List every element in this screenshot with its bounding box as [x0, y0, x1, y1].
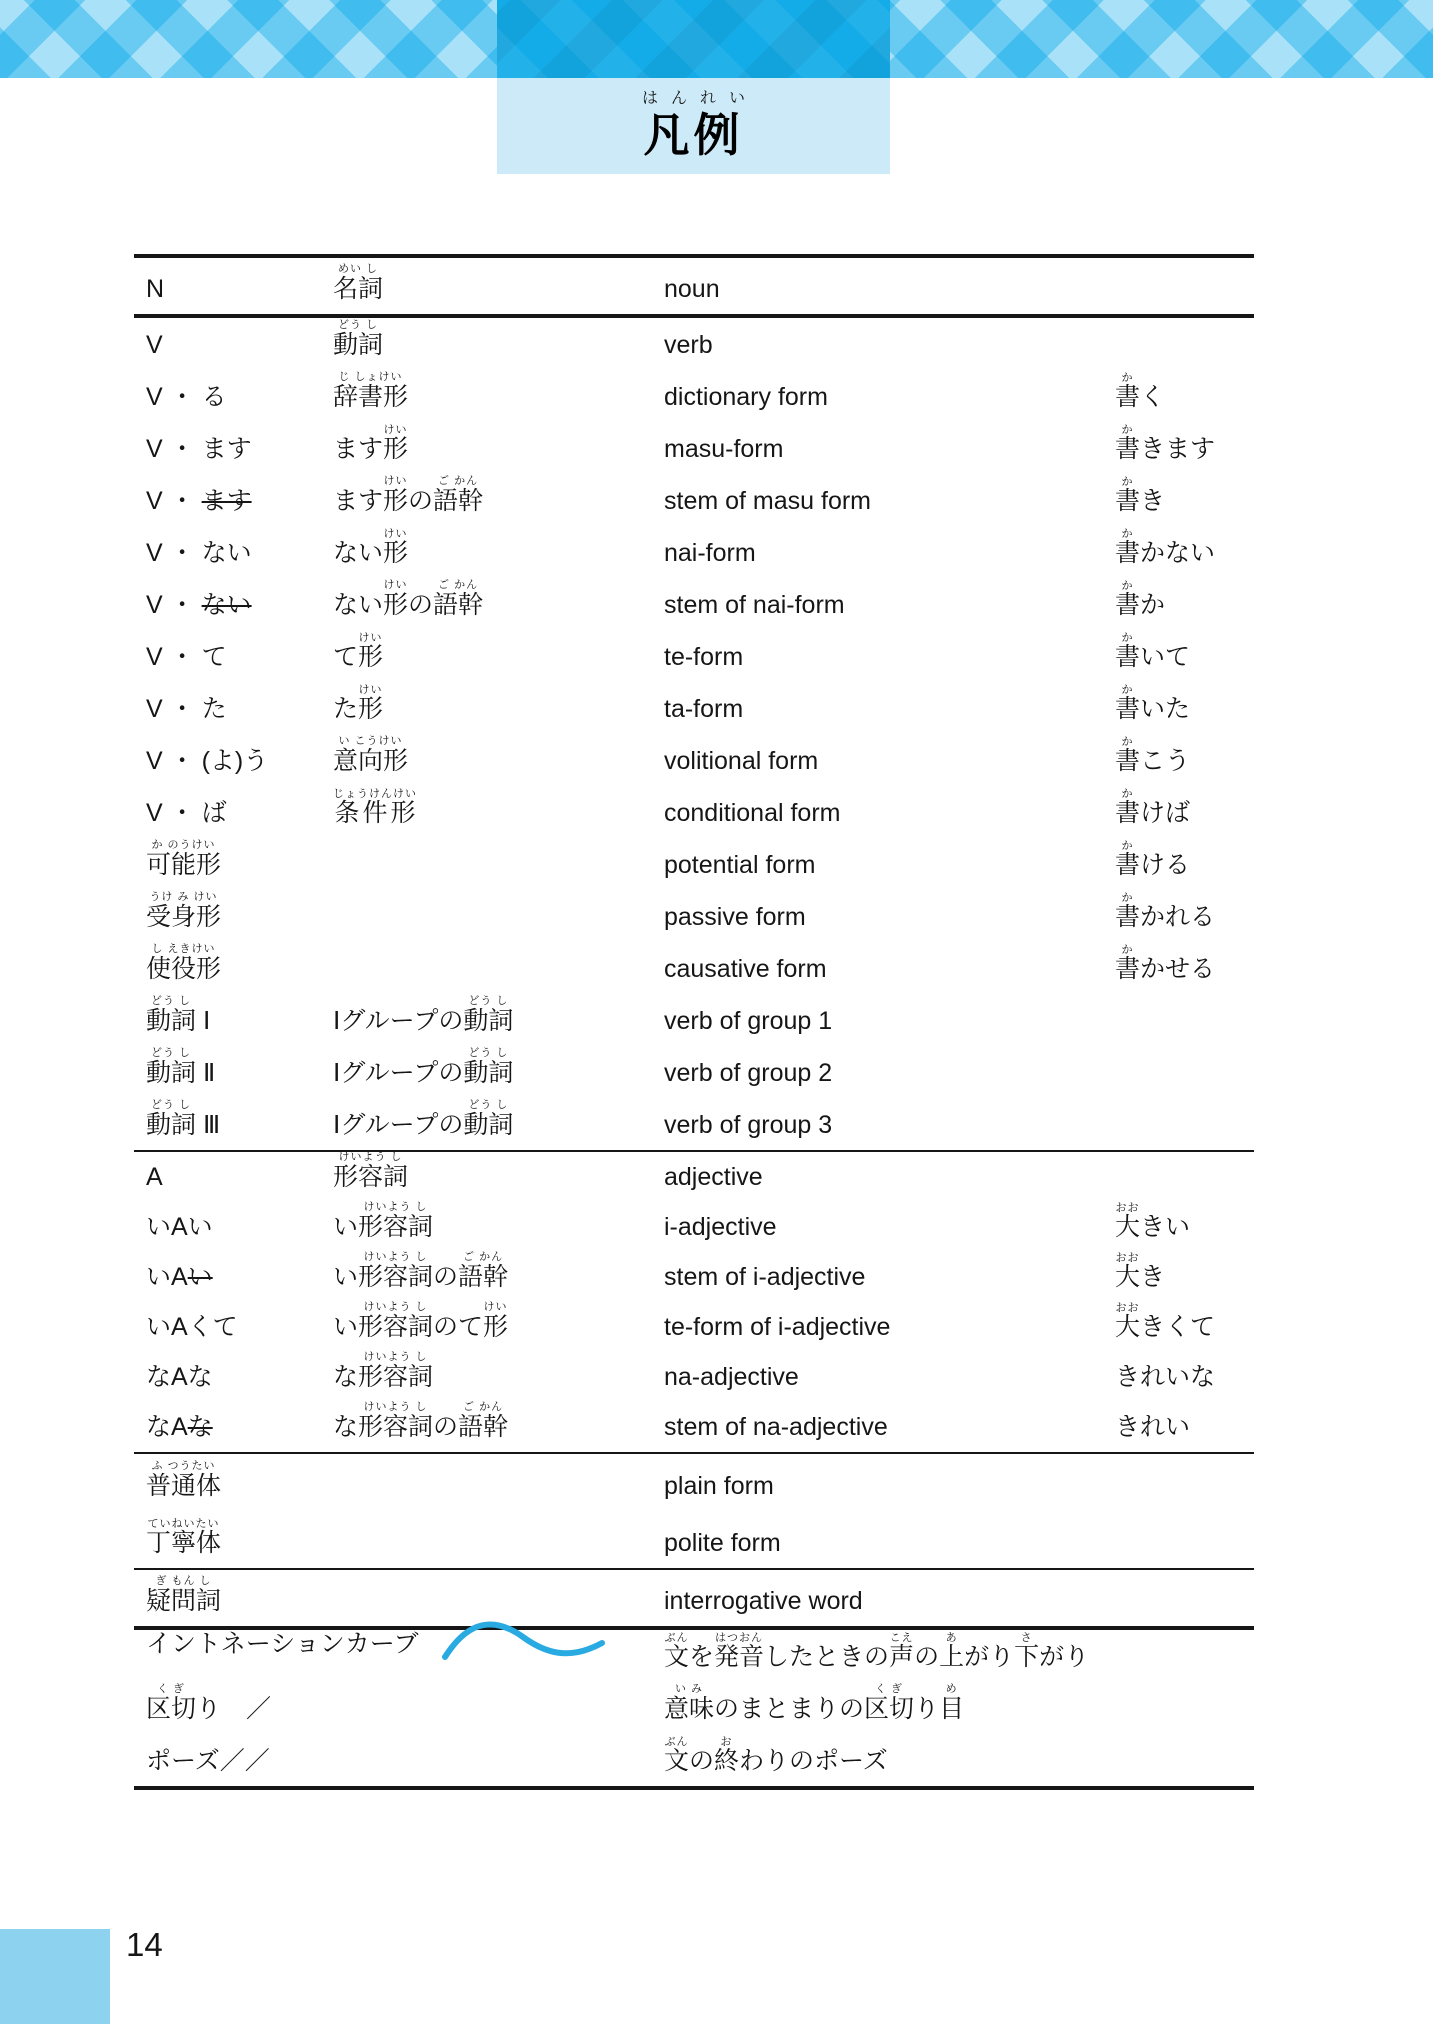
table-row: V ・ ますます形けいの語幹ご かんstem of masu form書かき	[134, 474, 1254, 526]
title-box: はんれい 凡例	[497, 78, 890, 174]
abbr-cell: N	[146, 275, 164, 304]
text-segment: V ・ ば	[146, 799, 227, 827]
table-row: 疑問詞ぎ もん しinterrogative word	[134, 1570, 1254, 1626]
english-cell: 意味い みのまとまりの区切く ぎり目め	[664, 1683, 964, 1724]
text-segment: なAな	[146, 1363, 213, 1391]
text-segment: 動詞どう し	[333, 331, 383, 359]
text-segment: きくて	[1140, 1313, 1215, 1341]
term-cell: 動詞どう し	[333, 319, 383, 360]
text-segment: い	[188, 1263, 213, 1291]
text-segment: のまとまりの	[714, 1695, 864, 1723]
abbr-cell: V ・ ば	[146, 799, 227, 828]
text-segment: の	[433, 1263, 458, 1291]
example-cell: 書かかれる	[1115, 892, 1215, 932]
term-cell: Ⅰグループの動詞どう し	[333, 1047, 513, 1088]
text-segment: き	[1140, 1263, 1165, 1291]
english-cell: stem of i-adjective	[664, 1263, 865, 1292]
text-segment: 名詞めい し	[333, 275, 383, 303]
text-segment: のて	[433, 1313, 483, 1341]
abbr-cell: ポーズ／／	[146, 1747, 270, 1776]
abbr-cell: V ・ る	[146, 383, 227, 412]
english-cell: interrogative word	[664, 1587, 863, 1616]
text-segment: 形けい	[358, 643, 383, 671]
term-cell: 条件形じょうけんけい	[333, 788, 417, 828]
example-cell: 書かけば	[1115, 788, 1190, 828]
example-cell: 書かいた	[1115, 684, 1190, 724]
example-cell: 大おおきくて	[1115, 1302, 1215, 1342]
page-title-furigana: はんれい	[497, 85, 890, 108]
text-segment: 形容詞けいよう し	[358, 1413, 433, 1441]
table-row: V ・ ないない形けいnai-form書かかない	[134, 526, 1254, 578]
text-segment: きい	[1140, 1213, 1190, 1241]
english-cell: plain form	[664, 1472, 774, 1501]
abbr-cell: V	[146, 331, 163, 360]
text-segment: 動詞どう し	[463, 1111, 513, 1139]
example-cell: 書かかない	[1115, 528, 1215, 568]
english-cell: conditional form	[664, 799, 840, 828]
text-segment: きれい	[1115, 1413, 1190, 1441]
example-cell: 大おおき	[1115, 1252, 1165, 1292]
table-row: A形容詞けいよう しadjective	[134, 1152, 1254, 1202]
table-row: 動詞どう し ⅡⅠグループの動詞どう しverb of group 2	[134, 1046, 1254, 1098]
table-section-nouns: N名詞めい しnoun	[134, 258, 1254, 318]
text-segment: Ⅰグループの	[333, 1111, 463, 1139]
text-segment: 書か	[1115, 643, 1140, 671]
text-segment: 動詞どう し	[463, 1007, 513, 1035]
text-segment: ける	[1140, 851, 1190, 879]
abbr-cell: 動詞どう し Ⅲ	[146, 1099, 220, 1140]
legend-table: N名詞めい しnounV動詞どう しverbV ・ る辞書形じ しょけいdict…	[134, 254, 1254, 1790]
abbr-cell: 区切く ぎり ／	[146, 1683, 271, 1724]
abbr-cell: 丁寧体ていねいたい	[146, 1518, 221, 1558]
text-segment: 条件形じょうけんけい	[333, 799, 417, 827]
text-segment: V ・	[146, 487, 202, 515]
text-segment: 意向形い こうけい	[333, 747, 408, 775]
text-segment: 動詞どう し	[463, 1059, 513, 1087]
table-section-adjectives: A形容詞けいよう しadjectiveいAいい形容詞けいよう しi-adject…	[134, 1152, 1254, 1454]
example-cell: きれい	[1115, 1413, 1190, 1442]
english-cell: potential form	[664, 851, 815, 880]
text-segment: 語幹ご かん	[433, 487, 483, 515]
text-segment: ない	[333, 591, 383, 619]
abbr-cell: 可能形か のうけい	[146, 839, 221, 880]
text-segment: 大おお	[1115, 1263, 1140, 1291]
term-cell: い形容詞けいよう し	[333, 1201, 433, 1242]
text-segment: イントネーションカーブ	[146, 1630, 419, 1658]
text-segment: 書か	[1115, 383, 1140, 411]
text-segment: 書か	[1115, 851, 1140, 879]
example-cell: きれいな	[1115, 1363, 1215, 1392]
text-segment: 形けい	[383, 591, 408, 619]
abbr-cell: V ・ ない	[146, 591, 252, 620]
text-segment: がり	[964, 1643, 1014, 1671]
text-segment: V	[146, 331, 163, 359]
abbr-cell: 疑問詞ぎ もん し	[146, 1575, 221, 1616]
page-title: 凡例	[497, 110, 890, 161]
text-segment: の	[689, 1747, 714, 1775]
footer-color-block	[0, 1929, 110, 2024]
term-cell: い形容詞けいよう しのて形けい	[333, 1301, 508, 1342]
table-row: V ・ ないない形けいの語幹ご かんstem of nai-form書かか	[134, 578, 1254, 630]
abbr-cell: V ・ て	[146, 643, 227, 672]
term-cell: 形容詞けいよう し	[333, 1151, 408, 1192]
table-row: いAいい形容詞けいよう しi-adjective大おおきい	[134, 1202, 1254, 1252]
text-segment: 形けい	[383, 539, 408, 567]
text-segment: いA	[146, 1263, 188, 1291]
english-cell: causative form	[664, 955, 827, 984]
text-segment: Ⅱ	[196, 1059, 215, 1087]
english-cell: polite form	[664, 1529, 781, 1558]
term-cell: な形容詞けいよう し	[333, 1351, 433, 1392]
page-number: 14	[126, 1926, 163, 1964]
text-segment: 形容詞けいよう し	[358, 1263, 433, 1291]
text-segment: かれる	[1140, 903, 1215, 931]
abbr-cell: A	[146, 1163, 163, 1192]
table-row: ポーズ／／文ぶんの終おわりのポーズ	[134, 1734, 1254, 1786]
term-cell: 意向形い こうけい	[333, 735, 408, 776]
text-segment: 辞書形じ しょけい	[333, 383, 408, 411]
english-cell: stem of masu form	[664, 487, 871, 516]
english-cell: stem of na-adjective	[664, 1413, 888, 1442]
text-segment: ない	[333, 539, 383, 567]
text-segment: り ／	[196, 1695, 271, 1723]
english-cell: masu-form	[664, 435, 783, 464]
table-row: 使役形し えきけいcausative form書かかせる	[134, 942, 1254, 994]
header-center-block	[497, 0, 890, 78]
english-cell: te-form of i-adjective	[664, 1313, 890, 1342]
term-cell: ます形けい	[333, 424, 408, 464]
english-cell: te-form	[664, 643, 743, 672]
term-cell: い形容詞けいよう しの語幹ご かん	[333, 1251, 508, 1292]
table-row: V動詞どう しverb	[134, 318, 1254, 370]
text-segment: いAくて	[146, 1313, 238, 1341]
term-cell: ない形けい	[333, 528, 408, 568]
text-segment: 可能形か のうけい	[146, 851, 221, 879]
abbr-cell: V ・ ます	[146, 435, 252, 464]
table-row: なAなな形容詞けいよう しna-adjectiveきれいな	[134, 1352, 1254, 1402]
abbr-cell: V ・ ます	[146, 487, 252, 516]
text-segment: いた	[1140, 695, 1190, 723]
text-segment: かない	[1140, 539, 1215, 567]
term-cell: Ⅰグループの動詞どう し	[333, 995, 513, 1036]
table-row: 区切く ぎり ／意味い みのまとまりの区切く ぎり目め	[134, 1682, 1254, 1734]
text-segment: 動詞どう し	[146, 1111, 196, 1139]
text-segment: V ・ た	[146, 695, 227, 723]
table-row: なAなな形容詞けいよう しの語幹ご かんstem of na-adjective…	[134, 1402, 1254, 1452]
table-section-verbs: V動詞どう しverbV ・ る辞書形じ しょけいdictionary form…	[134, 318, 1254, 1152]
text-segment: V ・	[146, 591, 202, 619]
table-row: 受身形うけ み けいpassive form書かかれる	[134, 890, 1254, 942]
english-cell: verb of group 3	[664, 1111, 832, 1140]
english-cell: passive form	[664, 903, 806, 932]
english-cell: dictionary form	[664, 383, 828, 412]
text-segment: 区切く ぎ	[864, 1695, 914, 1723]
text-segment: こう	[1140, 747, 1190, 775]
table-section-styles: 普通体ふ つうたいplain form丁寧体ていねいたいpolite form	[134, 1454, 1254, 1570]
text-segment: 形容詞けいよう し	[358, 1363, 433, 1391]
english-cell: 文ぶんの終おわりのポーズ	[664, 1736, 888, 1776]
term-cell: な形容詞けいよう しの語幹ご かん	[333, 1401, 508, 1442]
text-segment: ます	[202, 487, 252, 515]
text-segment: 書か	[1115, 539, 1140, 567]
text-segment: な	[333, 1413, 358, 1441]
text-segment: 語幹ご かん	[458, 1413, 508, 1441]
text-segment: ない	[202, 591, 252, 619]
english-cell: volitional form	[664, 747, 818, 776]
text-segment: N	[146, 275, 164, 303]
text-segment: 形けい	[383, 487, 408, 515]
table-row: 丁寧体ていねいたいpolite form	[134, 1511, 1254, 1568]
english-cell: noun	[664, 275, 720, 304]
text-segment: Ⅲ	[196, 1111, 220, 1139]
abbr-cell: V ・ ない	[146, 539, 252, 568]
table-row: V ・ たた形けいta-form書かいた	[134, 682, 1254, 734]
term-cell: た形けい	[333, 684, 383, 724]
text-segment: V ・ ない	[146, 539, 252, 567]
english-cell: stem of nai-form	[664, 591, 845, 620]
table-row: 動詞どう し ⅢⅠグループの動詞どう しverb of group 3	[134, 1098, 1254, 1150]
text-segment: きます	[1140, 435, 1215, 463]
table-row: V ・ ますます形けいmasu-form書かきます	[134, 422, 1254, 474]
text-segment: 丁寧体ていねいたい	[146, 1529, 221, 1557]
term-cell: て形けい	[333, 632, 383, 672]
text-segment: したときの	[764, 1643, 889, 1671]
text-segment: 書か	[1115, 435, 1140, 463]
text-segment: 区切く ぎ	[146, 1695, 196, 1723]
text-segment: Ⅰ	[196, 1007, 210, 1035]
text-segment: ます	[333, 487, 383, 515]
text-segment: 大おお	[1115, 1213, 1140, 1241]
example-cell: 書かかせる	[1115, 944, 1215, 984]
text-segment: 語幹ご かん	[433, 591, 483, 619]
english-cell: nai-form	[664, 539, 756, 568]
text-segment: 大おお	[1115, 1313, 1140, 1341]
text-segment: がり	[1039, 1643, 1089, 1671]
text-segment: な	[333, 1363, 358, 1391]
text-segment: 上あ	[939, 1643, 964, 1671]
text-segment: けば	[1140, 799, 1190, 827]
text-segment: 形けい	[483, 1313, 508, 1341]
abbr-cell: イントネーションカーブ	[146, 1619, 609, 1672]
text-segment: 意味い み	[664, 1695, 714, 1723]
text-segment: 目め	[939, 1695, 964, 1723]
text-segment: Ⅰグループの	[333, 1007, 463, 1035]
text-segment: 受身形うけ み けい	[146, 903, 221, 931]
text-segment: い	[333, 1213, 358, 1241]
example-cell: 書かか	[1115, 580, 1165, 620]
example-cell: 大おおきい	[1115, 1202, 1190, 1242]
abbr-cell: 使役形し えきけい	[146, 943, 221, 984]
example-cell: 書かき	[1115, 476, 1165, 516]
english-cell: ta-form	[664, 695, 743, 724]
abbr-cell: 動詞どう し Ⅰ	[146, 995, 210, 1036]
text-segment: た	[333, 695, 358, 723]
table-row: N名詞めい しnoun	[134, 258, 1254, 314]
english-cell: adjective	[664, 1163, 763, 1192]
english-cell: 文ぶんを発音はつおんしたときの声こえの上あがり下さがり	[664, 1632, 1089, 1672]
text-segment: か	[1140, 591, 1165, 619]
text-segment: 使役形し えきけい	[146, 955, 221, 983]
abbr-cell: V ・ た	[146, 695, 227, 724]
text-segment: V ・ ます	[146, 435, 252, 463]
text-segment: きれいな	[1115, 1363, 1215, 1391]
text-segment: 疑問詞ぎ もん し	[146, 1587, 221, 1615]
table-row: いAいい形容詞けいよう しの語幹ご かんstem of i-adjective大…	[134, 1252, 1254, 1302]
example-cell: 書かこう	[1115, 736, 1190, 776]
table-row: 可能形か のうけいpotential form書かける	[134, 838, 1254, 890]
text-segment: の	[914, 1643, 939, 1671]
text-segment: A	[146, 1163, 163, 1191]
english-cell: na-adjective	[664, 1363, 799, 1392]
abbr-cell: なAな	[146, 1363, 213, 1392]
term-cell: Ⅰグループの動詞どう し	[333, 1099, 513, 1140]
text-segment: 動詞どう し	[146, 1059, 196, 1087]
text-segment: の	[433, 1413, 458, 1441]
text-segment: わりのポーズ	[739, 1747, 888, 1775]
text-segment: 下さ	[1014, 1643, 1039, 1671]
text-segment: 文ぶん	[664, 1747, 689, 1775]
text-segment: Ⅰグループの	[333, 1059, 463, 1087]
text-segment: 声こえ	[889, 1643, 914, 1671]
english-cell: i-adjective	[664, 1213, 777, 1242]
abbr-cell: 動詞どう し Ⅱ	[146, 1047, 215, 1088]
english-cell: verb of group 2	[664, 1059, 832, 1088]
text-segment: 動詞どう し	[146, 1007, 196, 1035]
text-segment: り	[914, 1695, 939, 1723]
text-segment: の	[408, 591, 433, 619]
abbr-cell: なAな	[146, 1413, 213, 1442]
text-segment: い	[333, 1263, 358, 1291]
term-cell: 辞書形じ しょけい	[333, 371, 408, 412]
text-segment: を	[689, 1643, 714, 1671]
table-row: イントネーションカーブ 文ぶんを発音はつおんしたときの声こえの上あがり下さがり	[134, 1630, 1254, 1682]
table-row: 動詞どう し ⅠⅠグループの動詞どう しverb of group 1	[134, 994, 1254, 1046]
text-segment: 形けい	[383, 435, 408, 463]
table-row: V ・ てて形けいte-form書かいて	[134, 630, 1254, 682]
text-segment: 文ぶん	[664, 1643, 689, 1671]
example-cell: 書かける	[1115, 840, 1190, 880]
abbr-cell: いAい	[146, 1213, 213, 1242]
text-segment: 書か	[1115, 903, 1140, 931]
table-row: V ・ ば条件形じょうけんけいconditional form書かけば	[134, 786, 1254, 838]
text-segment: ます	[333, 435, 383, 463]
text-segment: 発音はつおん	[714, 1643, 764, 1671]
abbr-cell: いAくて	[146, 1313, 238, 1342]
text-segment: ポーズ／／	[146, 1747, 270, 1775]
term-cell: ない形けいの語幹ご かん	[333, 579, 483, 620]
abbr-cell: 受身形うけ み けい	[146, 891, 221, 932]
text-segment: の	[408, 487, 433, 515]
example-cell: 書かく	[1115, 372, 1165, 412]
text-segment: 形容詞けいよう し	[358, 1313, 433, 1341]
text-segment: 形容詞けいよう し	[333, 1163, 408, 1191]
text-segment: いて	[1140, 643, 1190, 671]
table-row: V ・ (よ)う意向形い こうけいvolitional form書かこう	[134, 734, 1254, 786]
table-section-notation: イントネーションカーブ 文ぶんを発音はつおんしたときの声こえの上あがり下さがり区…	[134, 1630, 1254, 1790]
text-segment: 書か	[1115, 591, 1140, 619]
text-segment: 語幹ご かん	[458, 1263, 508, 1291]
english-cell: verb	[664, 331, 713, 360]
term-cell: 名詞めい し	[333, 263, 383, 304]
text-segment: て	[333, 643, 358, 671]
abbr-cell: V ・ (よ)う	[146, 747, 268, 776]
intonation-curve-icon	[439, 1615, 609, 1668]
text-segment: V ・ (よ)う	[146, 747, 268, 775]
text-segment: 書か	[1115, 487, 1140, 515]
text-segment: いAい	[146, 1213, 213, 1241]
text-segment: 終お	[714, 1747, 739, 1775]
text-segment: く	[1140, 383, 1165, 411]
text-segment: 形容詞けいよう し	[358, 1213, 433, 1241]
text-segment: な	[188, 1413, 213, 1441]
text-segment: き	[1140, 487, 1165, 515]
text-segment: い	[333, 1313, 358, 1341]
text-segment: 書か	[1115, 799, 1140, 827]
table-row: V ・ る辞書形じ しょけいdictionary form書かく	[134, 370, 1254, 422]
text-segment: 普通体ふ つうたい	[146, 1472, 221, 1500]
example-cell: 書かいて	[1115, 632, 1190, 672]
english-cell: verb of group 1	[664, 1007, 832, 1036]
table-row: 普通体ふ つうたいplain form	[134, 1454, 1254, 1511]
term-cell: ます形けいの語幹ご かん	[333, 475, 483, 516]
text-segment: 書か	[1115, 747, 1140, 775]
table-row: いAくてい形容詞けいよう しのて形けいte-form of i-adjectiv…	[134, 1302, 1254, 1352]
text-segment: 書か	[1115, 695, 1140, 723]
text-segment: 書か	[1115, 955, 1140, 983]
text-segment: なA	[146, 1413, 188, 1441]
text-segment: V ・ て	[146, 643, 227, 671]
abbr-cell: いAい	[146, 1263, 213, 1292]
example-cell: 書かきます	[1115, 424, 1215, 464]
abbr-cell: 普通体ふ つうたい	[146, 1460, 221, 1501]
text-segment: 形けい	[358, 695, 383, 723]
text-segment: V ・ る	[146, 383, 227, 411]
text-segment: かせる	[1140, 955, 1215, 983]
